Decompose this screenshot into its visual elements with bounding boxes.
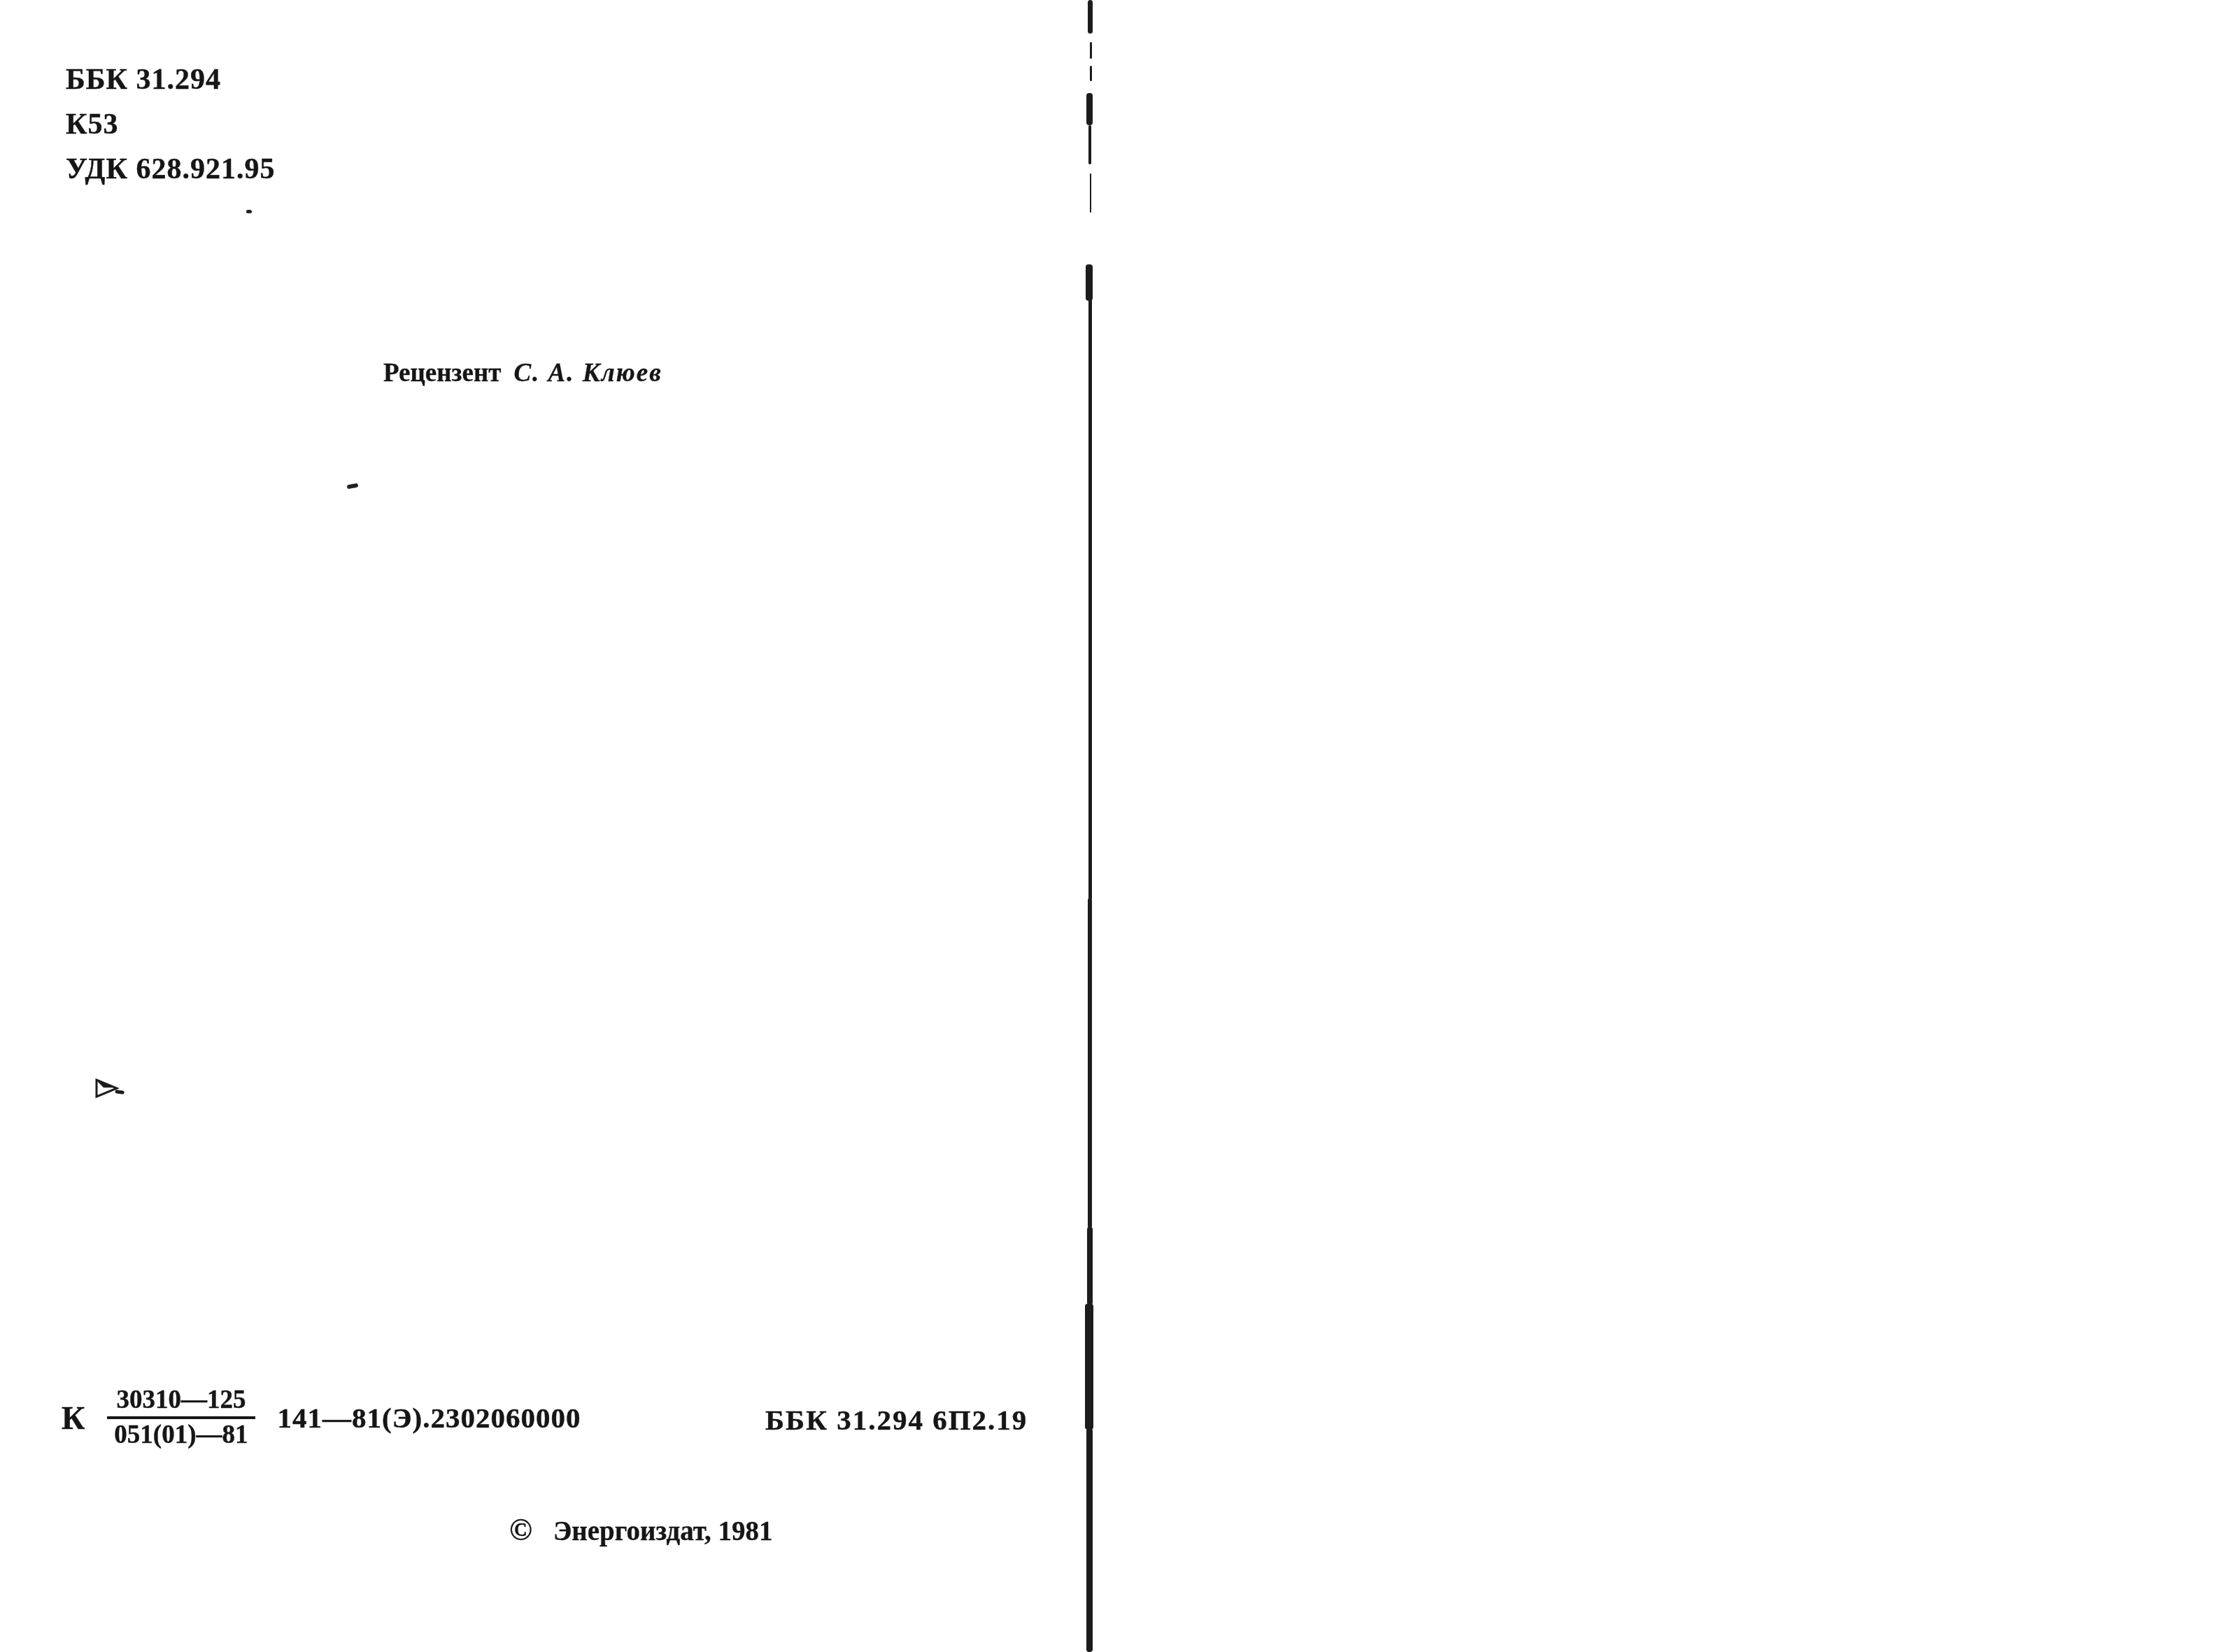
catalog-code: 141—81(Э).2302060000 xyxy=(278,1401,581,1434)
bbk-classification: ББК 31.294 6П2.19 xyxy=(765,1403,1028,1437)
catalog-fraction-denominator: 051(01)—81 xyxy=(107,1416,255,1449)
bibliographic-block: ББК 31.294 К53 УДК 628.921.95 xyxy=(66,57,275,192)
copyright-icon: © xyxy=(509,1513,532,1547)
right-page: ПРЕДИСЛОВИЕ С установками искусственного… xyxy=(1094,0,2235,1652)
scan-speck xyxy=(246,210,252,213)
copyright-line: ©Энергоиздат, 1981 xyxy=(509,1512,772,1548)
catalog-fraction: 30310—125 051(01)—81 xyxy=(107,1386,255,1449)
catalog-letter: К xyxy=(62,1400,85,1437)
publisher-year: Энергоиздат, 1981 xyxy=(553,1516,773,1546)
catalog-fraction-numerator: 30310—125 xyxy=(107,1386,255,1416)
reviewer-name: С. А. Клюев xyxy=(513,359,662,387)
reviewer-line: РецензентС. А. Клюев xyxy=(383,358,662,388)
book-spread: ББК 31.294 К53 УДК 628.921.95 РецензентС… xyxy=(0,0,2235,1652)
author-sign-code: К53 xyxy=(66,102,275,147)
reviewer-label: Рецензент xyxy=(383,359,501,387)
bbk-code: ББК 31.294 xyxy=(66,57,275,102)
udk-code: УДК 628.921.95 xyxy=(66,147,275,192)
left-page: ББК 31.294 К53 УДК 628.921.95 РецензентС… xyxy=(0,0,1086,1652)
scan-speck xyxy=(347,483,359,490)
catalog-number-block: К 30310—125 051(01)—81 141—81(Э).2302060… xyxy=(62,1386,581,1449)
margin-flag-mark xyxy=(95,1078,127,1099)
